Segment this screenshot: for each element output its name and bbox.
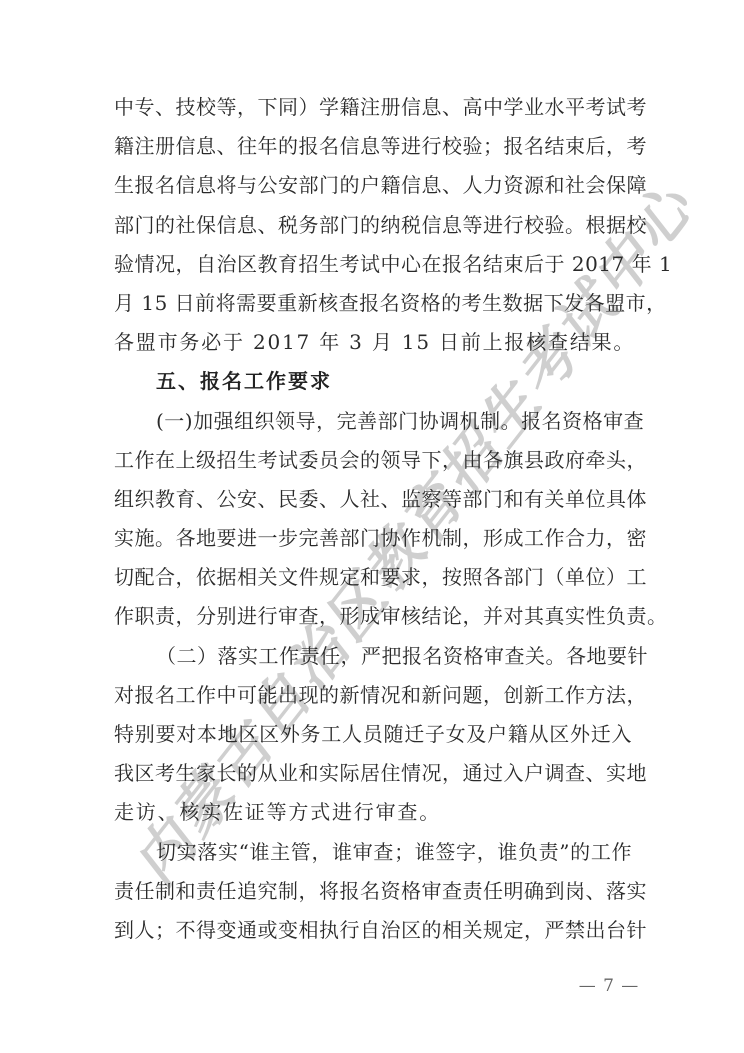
- paragraph-line: 切配合，依据相关文件规定和要求，按照各部门（单位）工: [114, 558, 632, 597]
- paragraph-line: 特别要对本地区区外务工人员随迁子女及户籍从区外迁入: [114, 715, 632, 754]
- paragraph-line: 组织教育、公安、民委、人社、监察等部门和有关单位具体: [114, 480, 632, 519]
- section-heading: 五、报名工作要求: [114, 362, 632, 401]
- paragraph-line: 切实落实“谁主管，谁审查；谁签字，谁负责”的工作: [114, 833, 632, 872]
- paragraph-line: 生报名信息将与公安部门的户籍信息、人力资源和社会保障: [114, 166, 632, 205]
- paragraph-line: 部门的社保信息、税务部门的纳税信息等进行校验。根据校: [114, 206, 632, 245]
- paragraph-line: 到人；不得变通或变相执行自治区的相关规定，严禁出台针: [114, 911, 632, 950]
- paragraph-line: 我区考生家长的从业和实际居住情况，通过入户调查、实地: [114, 754, 632, 793]
- paragraph-line: 中专、技校等，下同）学籍注册信息、高中学业水平考试考: [114, 88, 632, 127]
- paragraph-line: 籍注册信息、往年的报名信息等进行校验；报名结束后，考: [114, 127, 632, 166]
- paragraph-line: 对报名工作中可能出现的新情况和新问题，创新工作方法，: [114, 676, 632, 715]
- paragraph-line: 月 15 日前将需要重新核查报名资格的考生数据下发各盟市，: [114, 284, 632, 323]
- paragraph-line: 实施。各地要进一步完善部门协作机制，形成工作合力，密: [114, 519, 632, 558]
- paragraph-line: 各盟市务必于 2017 年 3 月 15 日前上报核查结果。: [114, 323, 632, 362]
- paragraph-line: 验情况，自治区教育招生考试中心在报名结束后于 2017 年 1: [114, 245, 632, 284]
- paragraph-line: (一)加强组织领导，完善部门协调机制。报名资格审查: [114, 402, 632, 441]
- paragraph-line: 走访、核实佐证等方式进行审查。: [114, 793, 632, 832]
- paragraph-line: 工作在上级招生考试委员会的领导下，由各旗县政府牵头，: [114, 441, 632, 480]
- paragraph-line: 作职责，分别进行审查，形成审核结论，并对其真实性负责。: [114, 597, 632, 636]
- paragraph-line: 责任制和责任追究制，将报名资格审查责任明确到岗、落实: [114, 872, 632, 911]
- body-text: 中专、技校等，下同）学籍注册信息、高中学业水平考试考 籍注册信息、往年的报名信息…: [114, 88, 632, 950]
- page-number: — 7 —: [574, 976, 644, 996]
- paragraph-line: （二）落实工作责任，严把报名资格审查关。各地要针: [114, 637, 632, 676]
- document-page: 内蒙古自治区教育招生考试中心 中专、技校等，下同）学籍注册信息、高中学业水平考试…: [0, 0, 744, 1053]
